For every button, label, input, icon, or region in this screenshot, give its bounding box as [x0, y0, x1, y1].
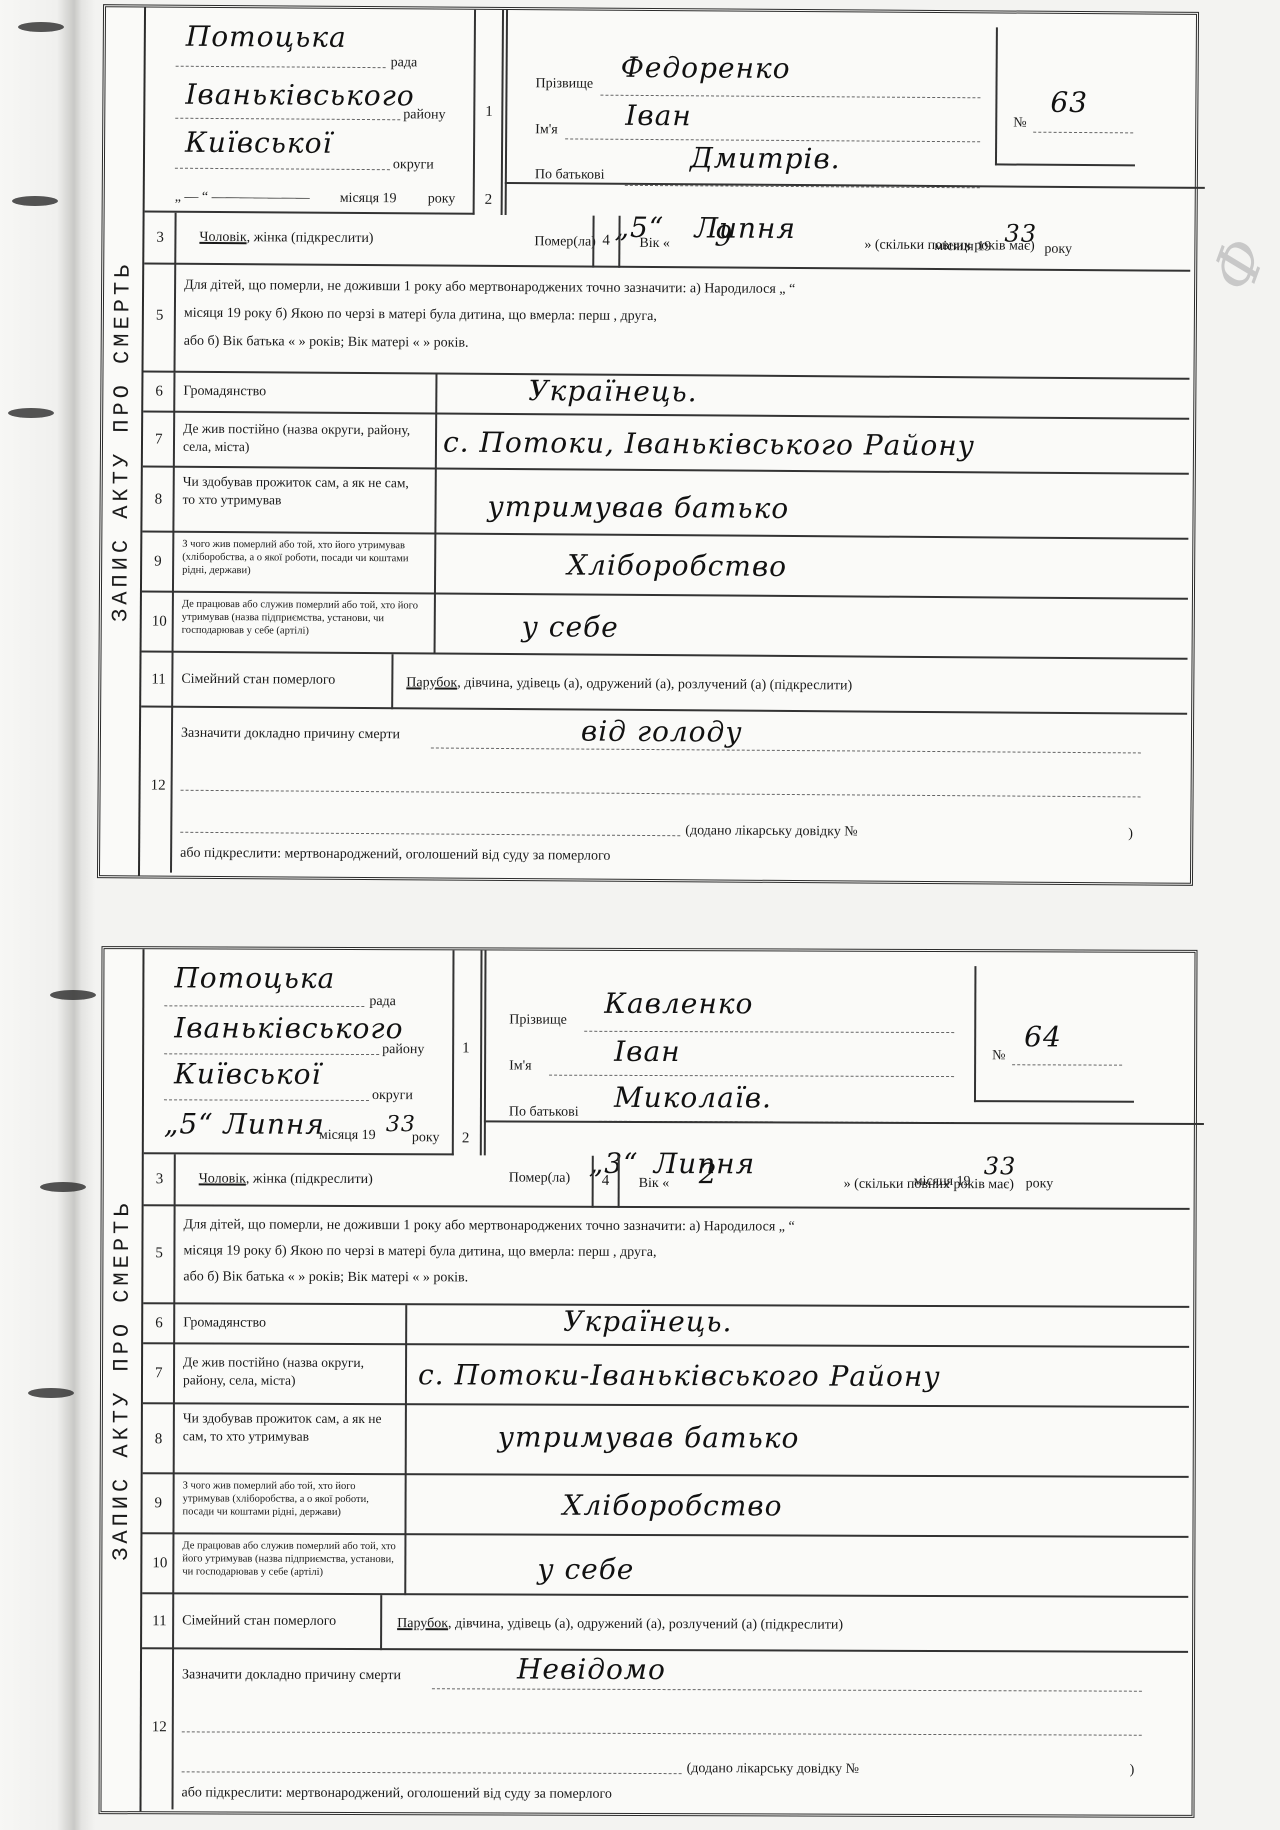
- punch-hole: [12, 196, 58, 206]
- name-value: Іван: [614, 1035, 681, 1068]
- binding-edge: [0, 0, 95, 1830]
- death-record-form-64: ЗАПИС АКТУ ПРО СМЕРТЬ Потоцька рада Іван…: [98, 946, 1197, 1818]
- patronymic-label: По батькові: [535, 167, 605, 183]
- raion-label: району: [403, 107, 445, 123]
- patronymic-value: Дмитрів.: [690, 141, 841, 175]
- surname-label: Прізвище: [535, 76, 593, 92]
- reg-year-label: року: [428, 191, 456, 207]
- marital-options: Парубок, дівчина, удівець (а), одружений…: [397, 1616, 843, 1634]
- record-number: 64: [1024, 1020, 1062, 1053]
- rada-value: Потоцька: [174, 961, 335, 995]
- punch-hole: [28, 1388, 74, 1398]
- reg-date-value: „5“ Липня: [164, 1107, 325, 1141]
- death-record-form-63: ЗАПИС АКТУ ПРО СМЕРТЬ Потоцька рада Іван…: [97, 4, 1199, 886]
- raion-value: Іваньківського: [174, 1011, 403, 1045]
- name-label: Ім'я: [535, 122, 558, 138]
- sex-options: Чоловік, жінка (підкреслити): [199, 1171, 373, 1188]
- rada-label: рада: [391, 55, 418, 71]
- source-value: Хліборобство: [567, 548, 787, 583]
- punch-hole: [50, 990, 96, 1000]
- rada-value: Потоцька: [186, 20, 347, 54]
- workplace-value: у себе: [537, 1553, 634, 1586]
- form-side-title: ЗАПИС АКТУ ПРО СМЕРТЬ: [100, 7, 146, 875]
- workplace-value: у себе: [522, 610, 619, 644]
- age-value: 2: [699, 1157, 718, 1190]
- raion-value: Іваньківського: [185, 78, 414, 113]
- cause-value: Невідомо: [517, 1653, 666, 1687]
- punch-hole: [40, 1182, 86, 1192]
- number-sign: №: [1013, 116, 1026, 132]
- residence-value: с. Потоки-Іваньківського Району: [418, 1358, 941, 1393]
- patronymic-value: Миколаїв.: [614, 1081, 772, 1115]
- okruha-value: Київської: [174, 1057, 322, 1091]
- punch-hole: [8, 408, 54, 418]
- row-number: 1: [485, 104, 493, 121]
- margin-pencil-mark: Ф: [1199, 230, 1280, 301]
- okruha-label: округи: [393, 157, 434, 173]
- okruha-value: Київської: [185, 126, 333, 160]
- header-location-block: Потоцька рада Іваньківського району Київ…: [145, 7, 476, 214]
- livelihood-value: утримував батько: [487, 490, 789, 525]
- record-number: 63: [1050, 86, 1088, 119]
- source-value: Хліборобство: [563, 1489, 783, 1523]
- form-side-title: ЗАПИС АКТУ ПРО СМЕРТЬ: [101, 949, 144, 1811]
- cause-label: Зазначити докладно причину смерти: [181, 726, 400, 744]
- surname-value: Кавленко: [604, 987, 753, 1021]
- name-value: Іван: [625, 99, 692, 132]
- citizenship-value: Українець.: [528, 374, 697, 408]
- residence-value: с. Потоки, Іваньківського Району: [443, 426, 975, 463]
- age-label: Вік «: [639, 236, 670, 252]
- citizenship-value: Українець.: [563, 1305, 732, 1339]
- reg-date-label: місяця 19: [340, 191, 397, 207]
- punch-hole: [18, 22, 64, 32]
- marital-options: Парубок, дівчина, удівець (а), одружений…: [406, 675, 852, 694]
- cause-value: від голоду: [581, 715, 743, 749]
- header-location-block: Потоцька рада Іваньківського району Київ…: [144, 949, 455, 1155]
- livelihood-value: утримував батько: [498, 1420, 800, 1454]
- age-value: 9: [714, 219, 733, 252]
- sex-options: Чоловік, жінка (підкреслити): [199, 230, 373, 247]
- surname-value: Федоренко: [621, 51, 791, 85]
- row-number: 2: [485, 192, 493, 209]
